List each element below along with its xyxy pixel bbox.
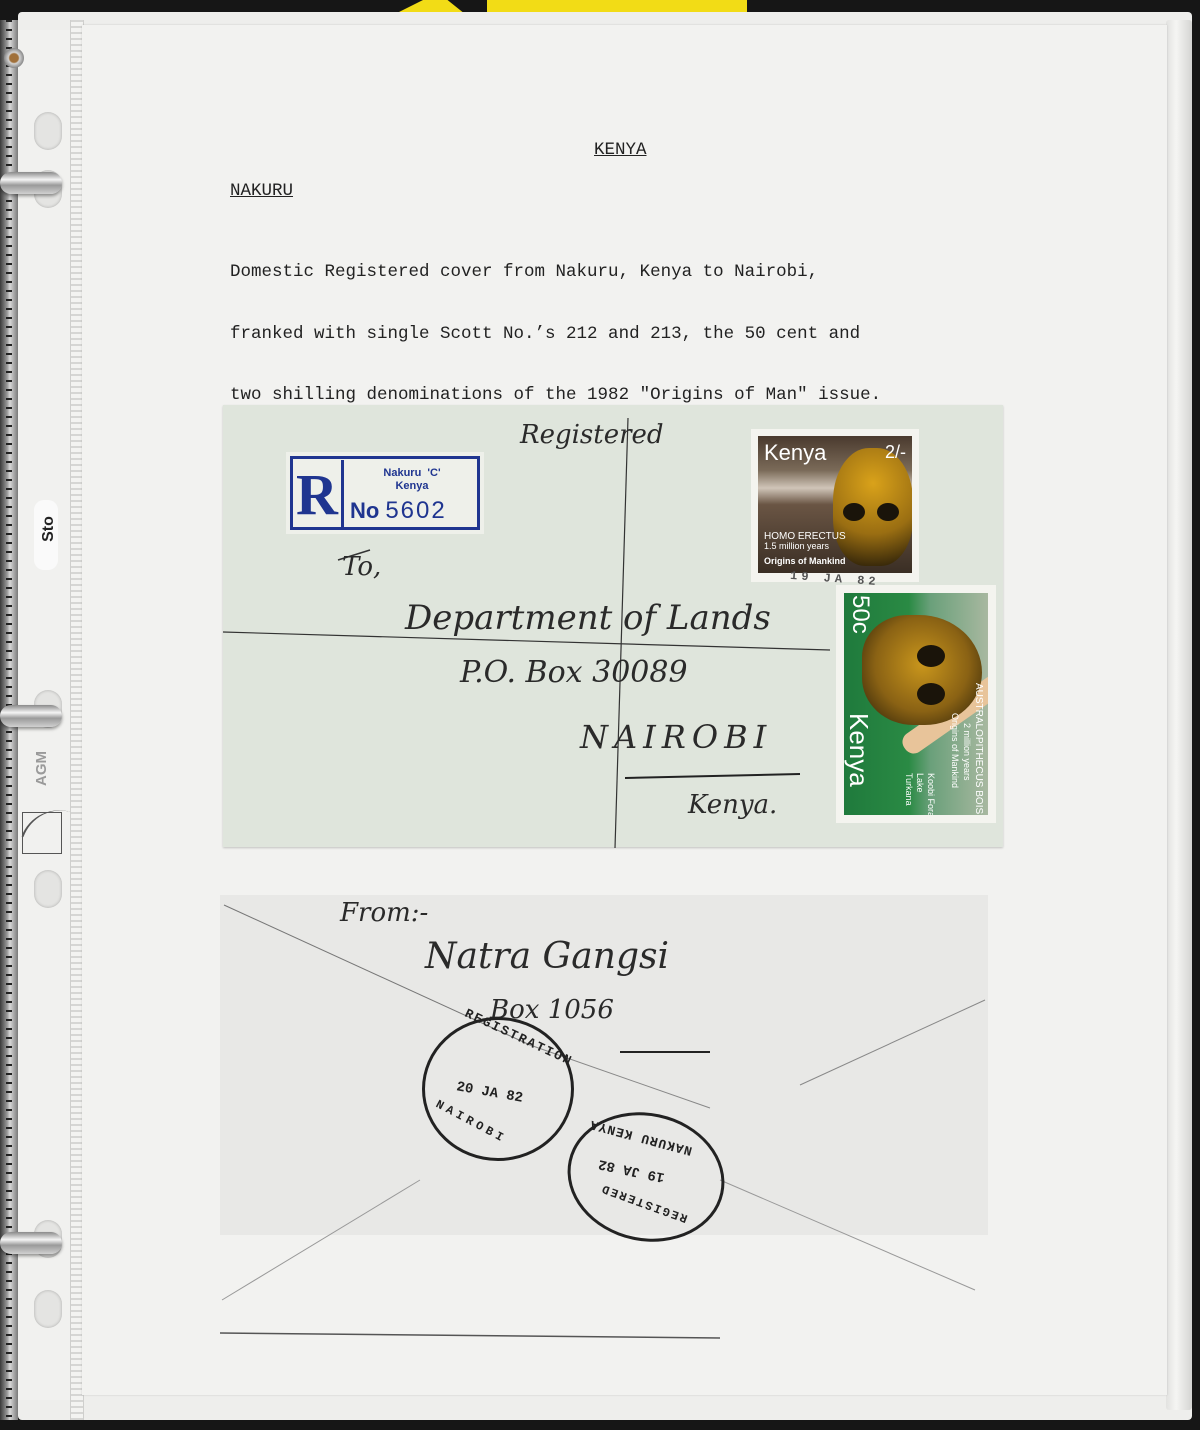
handwriting-sender: Natra Gangsi xyxy=(425,936,669,977)
handwriting-from: From:- xyxy=(340,898,428,928)
